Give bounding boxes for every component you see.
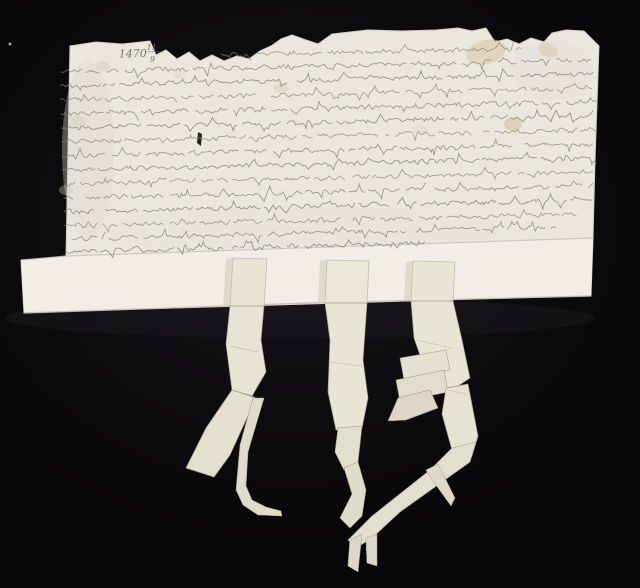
- date-annotation-numerator: 11: [147, 43, 157, 52]
- date-annotation-year: 1470: [119, 47, 147, 61]
- seal-tag-middle-band: [325, 260, 369, 303]
- seal-tag-left-band: [230, 258, 267, 306]
- stain: [174, 71, 186, 79]
- seal-tag-right-band: [411, 261, 455, 301]
- stain: [96, 61, 110, 71]
- parchment-render-layer: [5, 28, 599, 572]
- seal-tag-middle-strap: [340, 462, 366, 528]
- stain: [59, 185, 73, 195]
- photograph-of-charter: 1470 11 9: [0, 0, 640, 588]
- seal-tag-right-knot: [388, 390, 438, 421]
- date-annotation-denominator: 9: [150, 55, 155, 64]
- seal-tag-fork-prong: [366, 534, 377, 566]
- dust-speck: [9, 43, 12, 46]
- seal-tag-middle-strap: [325, 303, 368, 430]
- charter-scene: 1470 11 9: [0, 0, 640, 588]
- seal-tag-left-strap: [226, 306, 266, 396]
- seal-tag-fork-prong: [348, 534, 362, 572]
- seal-tag-right-strap: [348, 442, 476, 548]
